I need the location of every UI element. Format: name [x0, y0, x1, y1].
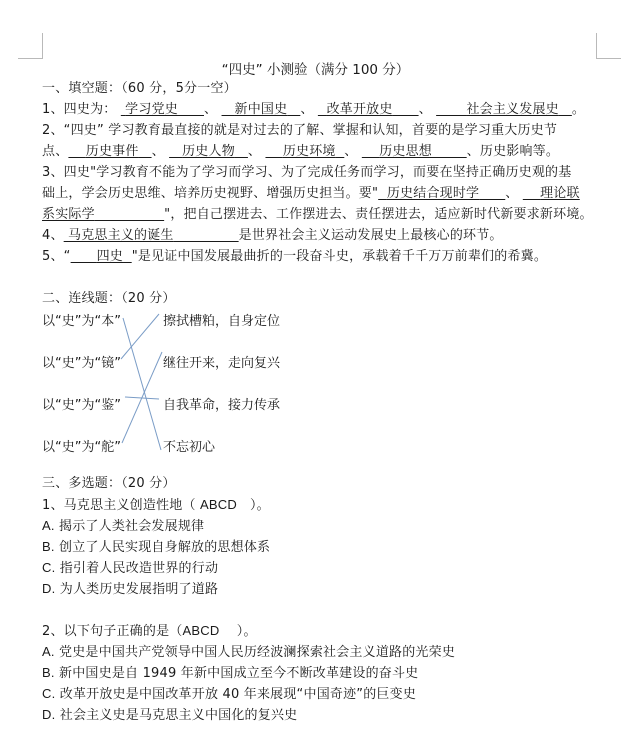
section3-heading: 三、多选题：（20 分）: [42, 474, 176, 494]
question-3-2-option-b: B. 新中国史是自 1949 年新中国成立至今不断改革建设的奋斗史: [42, 663, 418, 684]
question-3-2-option-c: C. 改革开放史是中国改革开放 40 年来展现“中国奇迹”的巨变史: [42, 684, 416, 705]
match-line-jing-to-cashi: [121, 314, 159, 359]
answer: ABCD: [200, 497, 237, 512]
question-3-1-option-a: A. 揭示了人类社会发展规律: [42, 516, 204, 537]
question-3-1-stem: 1、马克思主义创造性地（ ABCD ）。: [42, 495, 270, 516]
question-3-2-option-a: A. 党史是中国共产党领导中国人民历经波澜探索社会主义道路的光荣史: [42, 642, 455, 663]
answer: ABCD: [182, 623, 219, 638]
question-3-2-option-d: D. 社会主义史是马克思主义中国化的复兴史: [42, 705, 297, 726]
question-3-1-option-c: C. 指引着人民改造世界的行动: [42, 558, 218, 579]
question-3-2-stem: 2、以下句子正确的是（ABCD ）。: [42, 621, 257, 642]
match-line-ben-to-buwangchuxin: [123, 318, 161, 450]
question-3-1-option-b: B. 创立了人民实现自身解放的思想体系: [42, 537, 270, 558]
question-3-1-option-d: D. 为人类历史发展指明了道路: [42, 579, 218, 600]
